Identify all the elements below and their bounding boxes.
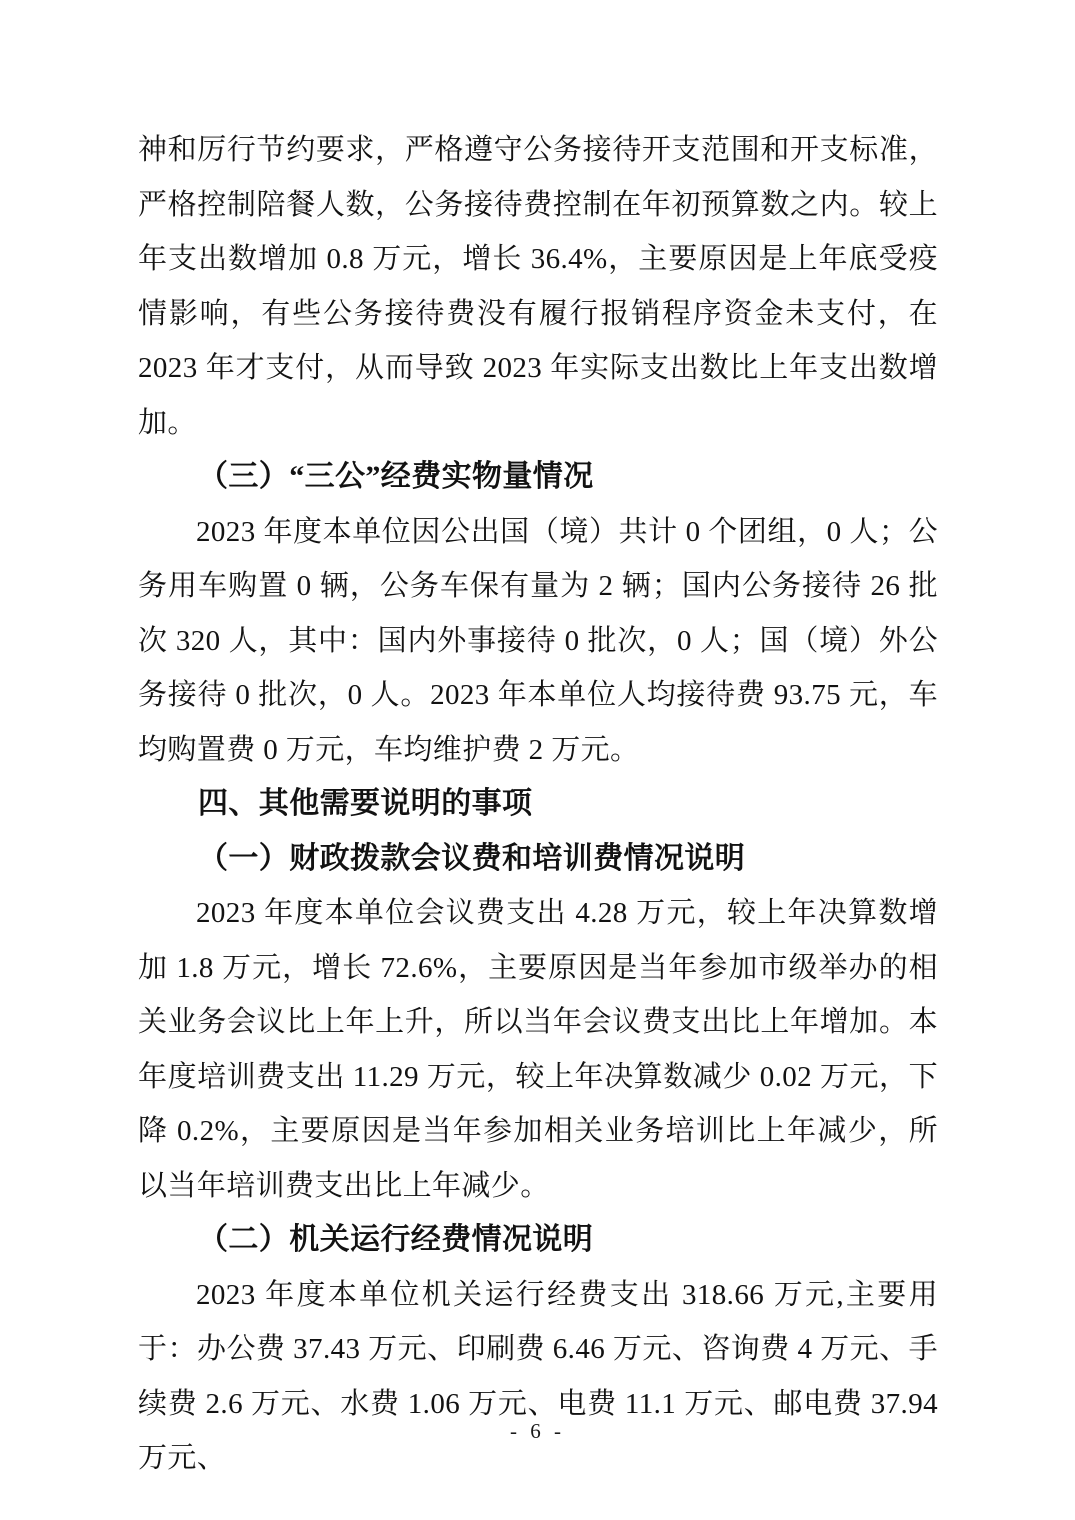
document-body: 神和厉行节约要求，严格遵守公务接待开支范围和开支标准，严格控制陪餐人数，公务接待… <box>138 123 938 1486</box>
heading-section-four-one: （一）财政拨款会议费和培训费情况说明 <box>138 832 938 887</box>
paragraph-section-three: 2023 年度本单位因公出国（境）共计 0 个团组，0 人；公务用车购置 0 辆… <box>138 505 938 778</box>
document-page: 神和厉行节约要求，严格遵守公务接待开支范围和开支标准，严格控制陪餐人数，公务接待… <box>0 0 1075 1520</box>
paragraph-section-four-two: 2023 年度本单位机关运行经费支出 318.66 万元,主要用于：办公费 37… <box>138 1268 938 1486</box>
heading-part-four: 四、其他需要说明的事项 <box>138 777 938 832</box>
heading-section-four-two: （二）机关运行经费情况说明 <box>138 1213 938 1268</box>
heading-section-three: （三）“三公”经费实物量情况 <box>138 450 938 505</box>
page-number: - 6 - <box>510 1419 565 1443</box>
paragraph-carryover: 神和厉行节约要求，严格遵守公务接待开支范围和开支标准，严格控制陪餐人数，公务接待… <box>138 123 938 450</box>
paragraph-section-four-one: 2023 年度本单位会议费支出 4.28 万元，较上年决算数增加 1.8 万元，… <box>138 886 938 1213</box>
page-footer: - 6 - <box>0 1419 1075 1444</box>
